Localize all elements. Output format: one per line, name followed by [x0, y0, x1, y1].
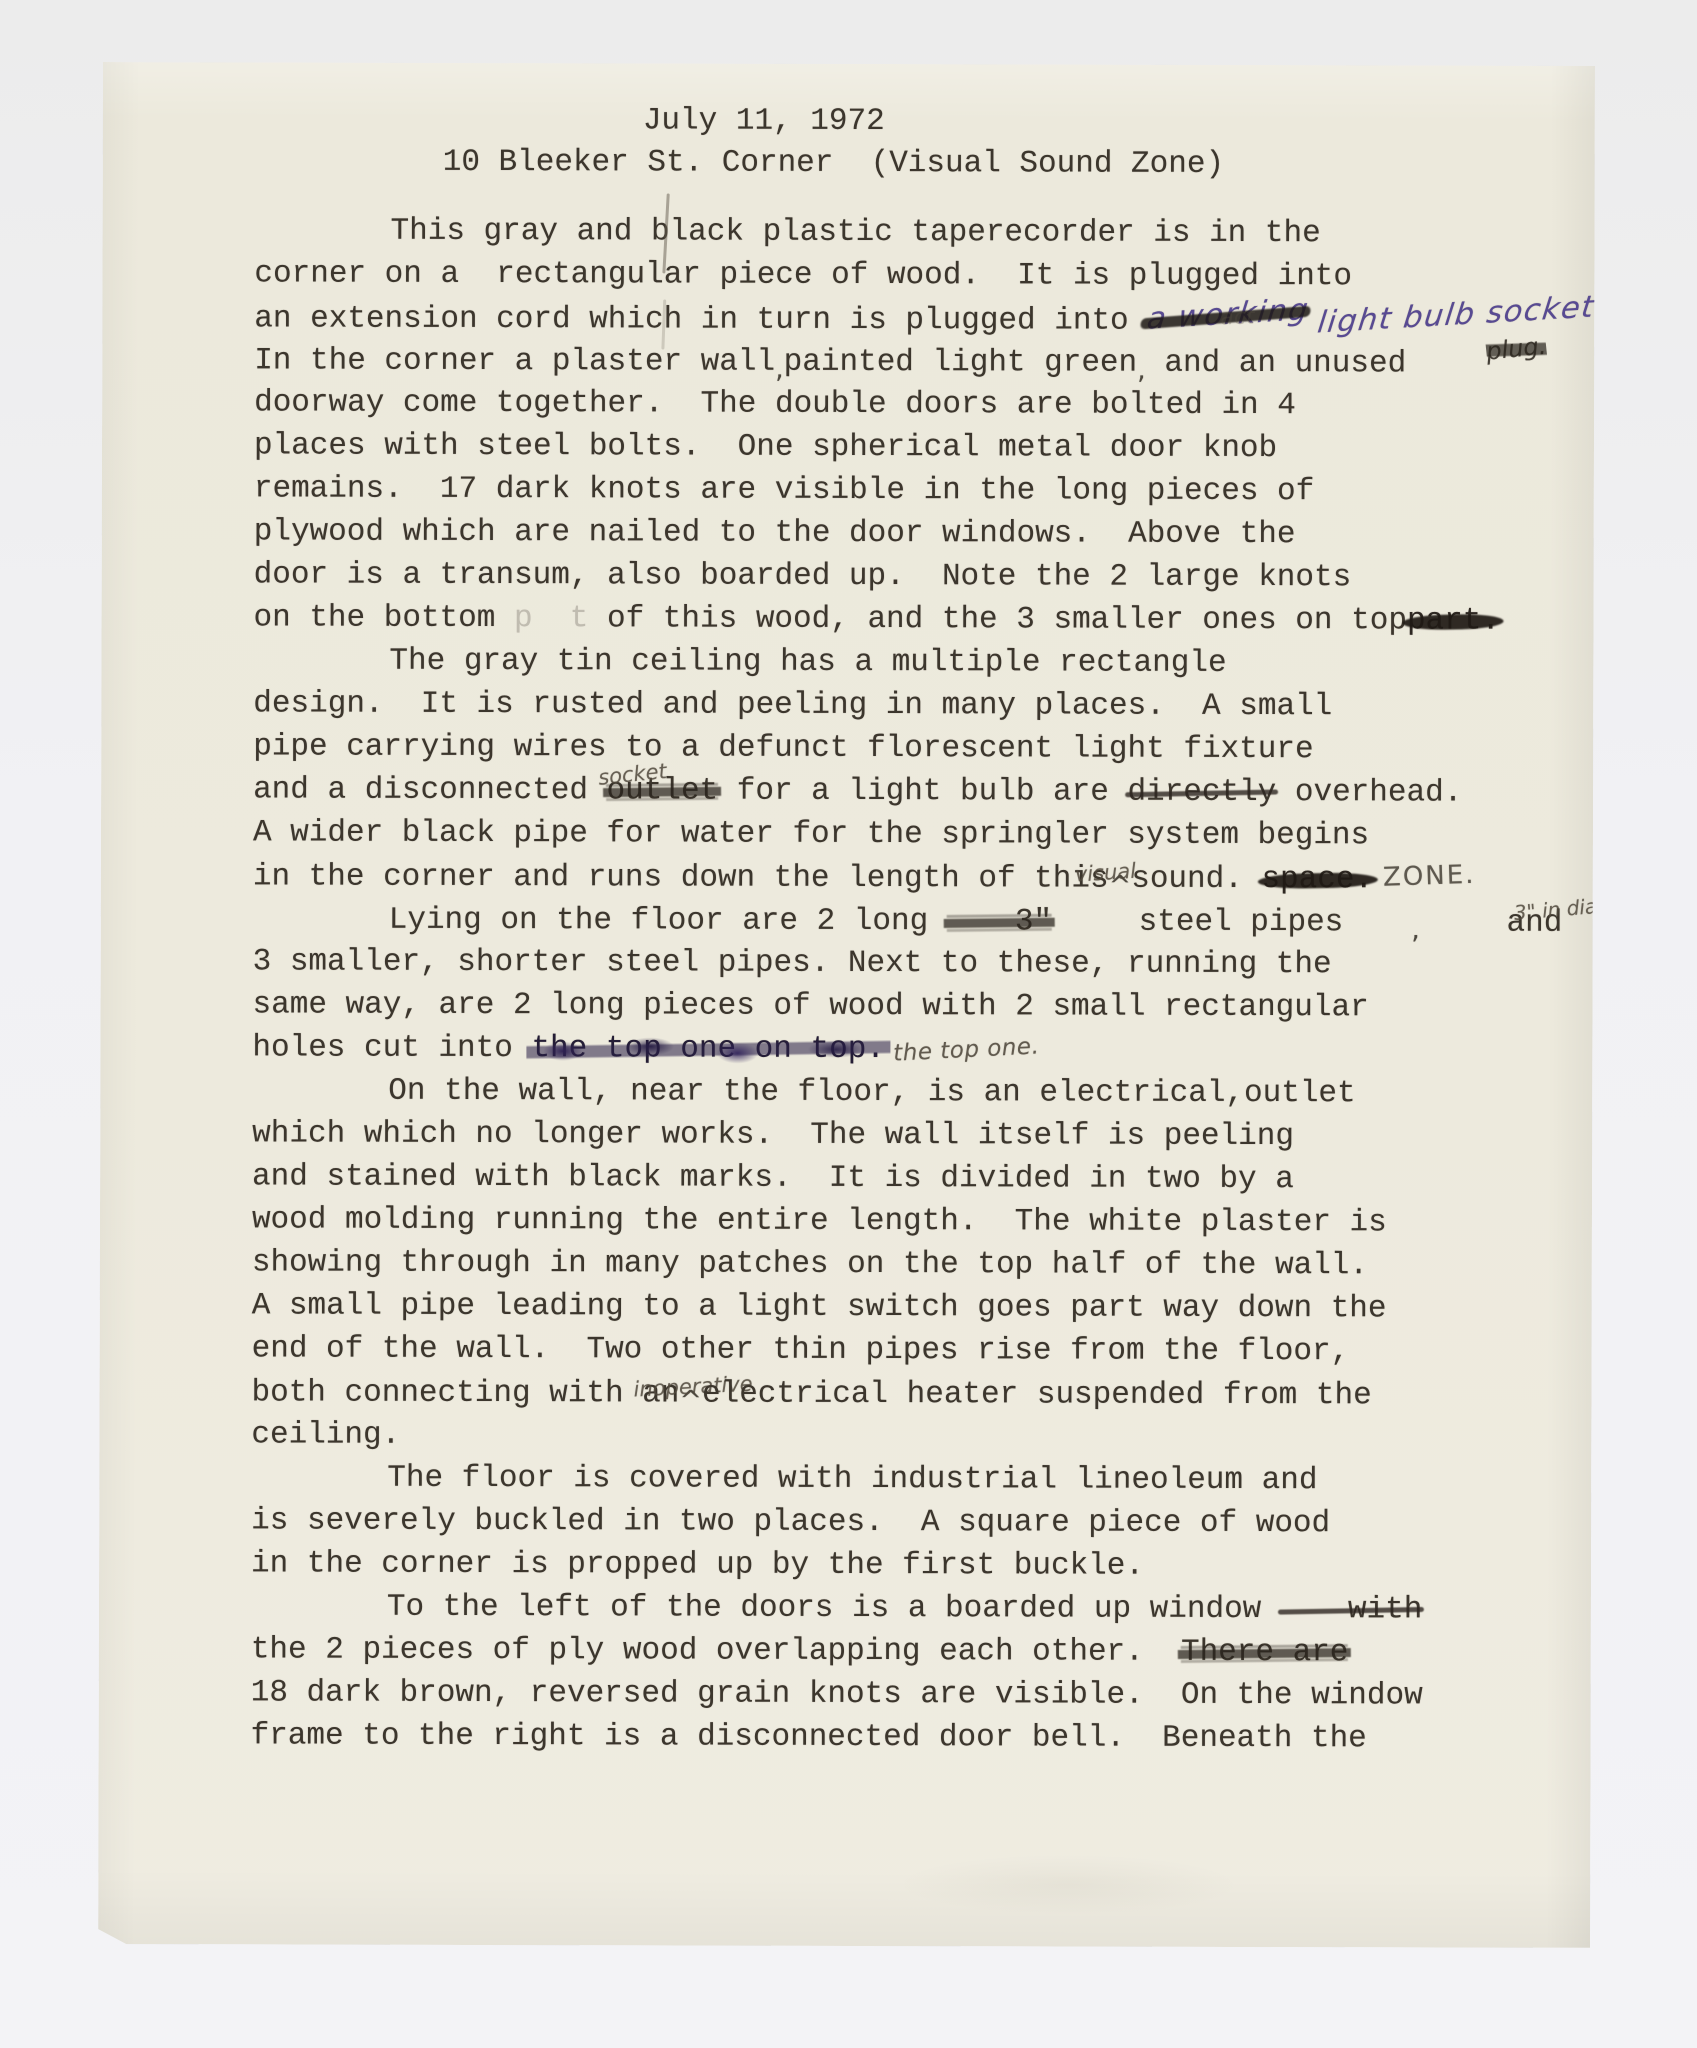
- paper-smudge: [898, 1854, 1238, 1915]
- text-line: is severely buckled in two places. A squ…: [251, 1499, 1551, 1545]
- text-line: and stained with black marks. It is divi…: [252, 1155, 1552, 1201]
- text-line: The floor is covered with industrial lin…: [251, 1456, 1551, 1502]
- text-line: A small pipe leading to a light switch g…: [252, 1284, 1552, 1330]
- text-line: showing through in many patches on the t…: [252, 1241, 1552, 1287]
- typed-text: is severely buckled in two places. A squ…: [251, 1499, 1330, 1545]
- screenshot-root: { "palette":{"background":"#f1f1f4","pap…: [0, 0, 1697, 2048]
- text-line: On the wall, near the floor, is an elect…: [252, 1069, 1552, 1115]
- typed-text: doorway come together. The double doors …: [254, 381, 1296, 427]
- struck-text: space.: [1261, 858, 1373, 901]
- text-line: in the corner is propped up by the first…: [251, 1542, 1551, 1588]
- typed-text: corner on a rectangular piece of wood. I…: [254, 252, 1352, 298]
- text-line: an extension cord which in turn is plugg…: [254, 295, 1554, 341]
- typed-text: electrical heater suspended from the: [702, 1373, 1372, 1418]
- typed-text: holes cut into: [252, 1026, 531, 1070]
- typed-text: in the corner and runs down the length o…: [253, 855, 1109, 900]
- handwritten-annotation: ZONE.: [1372, 854, 1476, 900]
- typed-text: design. It is rusted and peeling in many…: [253, 682, 1332, 728]
- text-line: end of the wall. Two other thin pipes ri…: [252, 1327, 1552, 1373]
- typed-text: plywood which are nailed to the door win…: [254, 510, 1296, 556]
- text-line: Lying on the floor are 2 long 3" steel p…: [253, 897, 1553, 943]
- typed-text: On the wall, near the floor, is an elect…: [320, 1070, 1355, 1116]
- typed-text: steel pipes: [1052, 900, 1343, 944]
- text-line: 18 dark brown, reversed grain knots are …: [251, 1671, 1551, 1717]
- typed-text: and an unused: [1146, 342, 1407, 386]
- typed-text: 3 smaller, shorter steel pipes. Next to …: [253, 940, 1332, 986]
- ghost-pencil-text: act: [1220, 304, 1255, 330]
- document-page: July 11, 1972 10 Bleeker St. Corner (Vis…: [98, 62, 1595, 1948]
- typed-text: This gray and black plastic taperecorder…: [323, 210, 1321, 256]
- typed-text: frame to the right is a disconnected doo…: [251, 1714, 1367, 1760]
- text-line: places with steel bolts. One spherical m…: [254, 424, 1554, 470]
- typed-text: The floor is covered with industrial lin…: [319, 1457, 1317, 1503]
- text-line: same way, are 2 long pieces of wood with…: [252, 983, 1552, 1029]
- text-line: This gray and black plastic taperecorder…: [255, 209, 1555, 255]
- text-line: remains. 17 dark knots are visible in th…: [254, 467, 1554, 513]
- typed-text: 18 dark brown, reversed grain knots are …: [251, 1671, 1423, 1717]
- struck-text: 3": [947, 900, 1052, 943]
- text-line: corner on a rectangular piece of wood. I…: [254, 252, 1554, 298]
- text-line: design. It is rusted and peeling in many…: [253, 682, 1553, 728]
- typed-text: A wider black pipe for water for the spr…: [253, 811, 1369, 857]
- struck-text: There are: [1181, 1631, 1349, 1674]
- typed-text: both connecting with an: [251, 1371, 679, 1415]
- typed-text: painted light green: [784, 341, 1138, 385]
- text-line: in the corner and runs down the length o…: [253, 854, 1553, 900]
- struck-text: outletsocket: [607, 769, 719, 812]
- struck-text: with: [1280, 1588, 1423, 1631]
- text-line: plywood which are nailed to the door win…: [254, 510, 1554, 556]
- typed-text: Lying on the floor are 2 long: [321, 899, 947, 944]
- text-line: holes cut into the top one on top. the t…: [252, 1026, 1552, 1072]
- text-line: pipe carrying wires to a defunct floresc…: [253, 725, 1553, 771]
- typed-text: overhead.: [1276, 771, 1462, 814]
- typed-text: ceiling.: [251, 1413, 400, 1456]
- typed-text: and a disconnected: [253, 768, 607, 812]
- typed-text: which which no longer works. The wall it…: [252, 1112, 1294, 1158]
- typed-text: in the corner is propped up by the first…: [251, 1542, 1144, 1587]
- handwritten-annotation: visual: [1074, 861, 1136, 886]
- typed-text: the 2 pieces of ply wood overlapping eac…: [251, 1628, 1181, 1673]
- text-line: frame to the right is a disconnected doo…: [251, 1714, 1551, 1760]
- handwritten-annotation: the top one.: [884, 1025, 1040, 1076]
- text-line: wood molding running the entire length. …: [252, 1198, 1552, 1244]
- typed-text: remains. 17 dark knots are visible in th…: [254, 467, 1314, 513]
- text-line: ceiling.: [251, 1413, 1551, 1459]
- typed-text: wood molding running the entire length. …: [252, 1198, 1387, 1244]
- text-line: In the corner a plaster wall,painted lig…: [254, 338, 1554, 384]
- text-line: 3 smaller, shorter steel pipes. Next to …: [253, 940, 1553, 986]
- struck-text: part.: [1407, 599, 1500, 642]
- text-line: To the left of the doors is a boarded up…: [251, 1585, 1551, 1631]
- typed-text: To the left of the doors is a boarded up…: [319, 1586, 1280, 1632]
- typed-text: A small pipe leading to a light switch g…: [252, 1284, 1387, 1330]
- typed-text: for a light bulb are: [718, 770, 1127, 814]
- typed-text: on the bottom: [253, 596, 514, 640]
- typed-text: an extension cord which in turn is plugg…: [254, 297, 1147, 342]
- typed-text: door is a transum, also boarded up. Note…: [254, 553, 1352, 599]
- struck-text: the top one on top.: [531, 1027, 885, 1071]
- typed-text: In the corner a plaster wall: [254, 339, 775, 383]
- text-line: on the bottom p t of this wood, and the …: [253, 596, 1553, 642]
- typed-text: showing through in many patches on the t…: [252, 1241, 1368, 1287]
- typed-text: and stained with black marks. It is divi…: [252, 1155, 1294, 1201]
- document-date: July 11, 1972: [643, 99, 885, 143]
- typed-text: sound.: [1131, 858, 1261, 901]
- text-line: door is a transum, also boarded up. Note…: [254, 553, 1554, 599]
- handwritten-annotation: socket: [598, 761, 668, 789]
- typed-text: of this wood, and the 3 smaller ones on …: [588, 597, 1407, 642]
- text-line: and a disconnected outletsocket for a li…: [253, 768, 1553, 814]
- erased-text: p t: [514, 597, 589, 640]
- typed-text: same way, are 2 long pieces of wood with…: [252, 983, 1368, 1029]
- typed-text: The gray tin ceiling has a multiple rect…: [321, 640, 1226, 685]
- text-line: the 2 pieces of ply wood overlapping eac…: [251, 1628, 1551, 1674]
- typed-text: end of the wall. Two other thin pipes ri…: [252, 1327, 1350, 1373]
- text-line: The gray tin ceiling has a multiple rect…: [253, 639, 1553, 685]
- text-line: both connecting with an^inoperativeelect…: [251, 1370, 1551, 1416]
- document-title: 10 Bleeker St. Corner (Visual Sound Zone…: [443, 141, 1224, 186]
- text-line: A wider black pipe for water for the spr…: [253, 811, 1553, 857]
- text-line: doorway come together. The double doors …: [254, 381, 1554, 427]
- typed-text: and3" in diameter: [1420, 901, 1563, 944]
- typed-body: This gray and black plastic taperecorder…: [251, 209, 1555, 1760]
- text-line: which which no longer works. The wall it…: [252, 1112, 1552, 1158]
- typed-text: pipe carrying wires to a defunct floresc…: [253, 725, 1313, 771]
- struck-text: directly: [1127, 771, 1276, 814]
- typed-text: places with steel bolts. One spherical m…: [254, 424, 1277, 470]
